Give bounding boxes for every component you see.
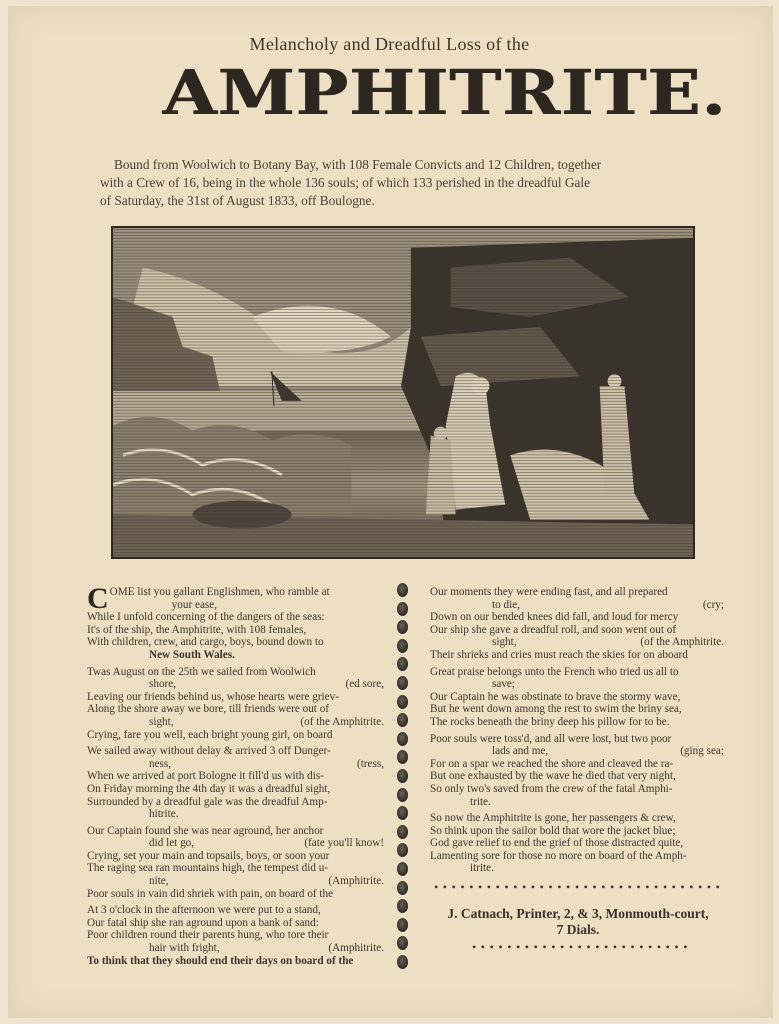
verse-fragment: hair with fright, <box>149 942 220 955</box>
bead-ornament <box>397 602 408 616</box>
verse-line: to die,(cry; <box>430 599 724 612</box>
verse-line: The raging sea ran mountains high, the t… <box>87 862 384 875</box>
verse-line: At 3 o'clock in the afternoon we were pu… <box>87 904 384 917</box>
stanza-5: At 3 o'clock in the afternoon we were pu… <box>87 904 384 967</box>
verse-line: Down on our bended knees did fall, and l… <box>430 611 724 624</box>
verse-line: It's of the ship, the Amphitrite, with 1… <box>87 624 384 637</box>
verse-line: But he went down among the rest to swim … <box>430 703 724 716</box>
verse-line: Leaving our friends behind us, whose hea… <box>87 691 384 704</box>
verse-line: Our fatal ship she ran aground upon a ba… <box>87 917 384 930</box>
verse-fragment: ness, <box>149 758 171 771</box>
verse-line: Crying, set your main and topsails, boys… <box>87 850 384 863</box>
verse-fragment: to die, <box>492 599 520 612</box>
bead-ornament <box>397 713 408 727</box>
ballad-right-column: Our moments they were ending fast, and a… <box>430 586 724 879</box>
subtitle: Bound from Woolwich to Botany Bay, with … <box>100 156 728 210</box>
turnover-fragment: (ging sea; <box>680 745 724 758</box>
verse-line: Along the shore away we bore, till frien… <box>87 703 384 716</box>
verse-line: shore,(ed sore, <box>87 678 384 691</box>
verse-line: But one exhausted by the wave he died th… <box>430 770 724 783</box>
turnover-fragment: (tress, <box>357 758 384 771</box>
bead-ornament <box>397 806 408 820</box>
beaded-column-divider <box>395 583 409 983</box>
bead-ornament <box>397 825 408 839</box>
printer-imprint: J. Catnach, Printer, 2, & 3, Monmouth-co… <box>430 906 726 938</box>
verse-line: nite,(Amphitrite. <box>87 875 384 888</box>
turnover-fragment: (cry; <box>703 599 724 612</box>
verse-fragment: shore, <box>149 678 176 691</box>
bead-ornament <box>397 732 408 746</box>
subtitle-line-1: Bound from Woolwich to Botany Bay, with … <box>100 156 728 174</box>
turnover-fragment: (ed sore, <box>345 678 384 691</box>
woodcut-illustration <box>111 226 695 559</box>
bead-ornament <box>397 639 408 653</box>
verse-line: Their shrieks and cries must reach the s… <box>430 649 724 662</box>
stanza-8: Poor souls were toss'd, and all were los… <box>430 733 724 809</box>
verse-line: Poor souls in vain did shriek with pain,… <box>87 888 384 901</box>
stanza-4: Our Captain found she was near aground, … <box>87 825 384 901</box>
pretitle: Melancholy and Dreadful Loss of the <box>0 34 779 55</box>
verse-line: Our moments they were ending fast, and a… <box>430 586 724 599</box>
bead-ornament <box>397 881 408 895</box>
verse-line: So think upon the sailor bold that wore … <box>430 825 724 838</box>
verse-line: OME list you gallant Englishmen, who ram… <box>110 586 384 599</box>
verse-fragment: did let go, <box>149 837 194 850</box>
verse-line: Lamenting sore for those no more on boar… <box>430 850 724 863</box>
verse-line: Our Captain found she was near aground, … <box>87 825 384 838</box>
ballad-left-column: C OME list you gallant Englishmen, who r… <box>87 586 384 971</box>
bead-ornament <box>397 695 408 709</box>
verse-line: lads and me,(ging sea; <box>430 745 724 758</box>
turnover-fragment: (Amphitrite. <box>328 942 384 955</box>
subtitle-line-3: of Saturday, the 31st of August 1833, of… <box>100 192 728 210</box>
verse-line: So now the Amphitrite is gone, her passe… <box>430 812 724 825</box>
bead-ornament <box>397 843 408 857</box>
verse-line: With children, crew, and cargo, boys, bo… <box>87 636 384 649</box>
verse-fragment: lads and me, <box>492 745 548 758</box>
verse-line: Poor souls were toss'd, and all were los… <box>430 733 724 746</box>
turnover-fragment: (Amphitrite. <box>328 875 384 888</box>
imprint-line-2: 7 Dials. <box>430 922 726 938</box>
bead-ornament <box>397 583 408 597</box>
verse-line: Surrounded by a dreadful gale was the dr… <box>87 796 384 809</box>
bead-ornament <box>397 936 408 950</box>
verse-line: Twas August on the 25th we sailed from W… <box>87 666 384 679</box>
turnover-fragment: (of the Amphitrite. <box>640 636 724 649</box>
bead-ornament <box>397 899 408 913</box>
stanza-1: C OME list you gallant Englishmen, who r… <box>87 586 384 662</box>
turnover-fragment: (of the Amphitrite. <box>300 716 384 729</box>
verse-line: New South Wales. <box>87 649 384 662</box>
bead-ornament <box>397 769 408 783</box>
verse-line: To think that they should end their days… <box>87 955 384 968</box>
dotted-rule-bottom: •••••••••••••••••••••••••••••• <box>472 940 692 955</box>
verse-line: Great praise belongs unto the French who… <box>430 666 724 679</box>
bead-ornament <box>397 657 408 671</box>
stanza-3: We sailed away without delay & arrived 3… <box>87 745 384 821</box>
imprint-line-1: J. Catnach, Printer, 2, & 3, Monmouth-co… <box>430 906 726 922</box>
verse-line: While I unfold concerning of the dangers… <box>87 611 384 624</box>
verse-fragment: sight, <box>492 636 517 649</box>
stanza-9: So now the Amphitrite is gone, her passe… <box>430 812 724 875</box>
verse-line: trite. <box>430 796 724 809</box>
bead-ornament <box>397 955 408 969</box>
bead-ornament <box>397 862 408 876</box>
verse-line: So only two's saved from the crew of the… <box>430 783 724 796</box>
subtitle-line-2: with a Crew of 16, being in the whole 13… <box>100 174 728 192</box>
verse-line: hair with fright,(Amphitrite. <box>87 942 384 955</box>
verse-line: sight,(of the Amphitrite. <box>87 716 384 729</box>
verse-line: On Friday morning the 4th day it was a d… <box>87 783 384 796</box>
verse-line: Our ship she gave a dreadful roll, and s… <box>430 624 724 637</box>
verse-line: When we arrived at port Bologne it fill'… <box>87 770 384 783</box>
main-title: AMPHITRITE. <box>86 58 779 128</box>
stanza-6: Our moments they were ending fast, and a… <box>430 586 724 662</box>
bead-ornament <box>397 676 408 690</box>
verse-line: Crying, fare you well, each bright young… <box>87 729 384 742</box>
stanza-2: Twas August on the 25th we sailed from W… <box>87 666 384 742</box>
verse-line: save; <box>430 678 724 691</box>
bead-ornament <box>397 620 408 634</box>
bead-ornament <box>397 750 408 764</box>
verse-line: did let go,(fate you'll know! <box>87 837 384 850</box>
verse-line: The rocks beneath the briny deep his pil… <box>430 716 724 729</box>
dotted-rule-top: ••••••••••••••••••••••••••••••••••••••• <box>434 880 724 895</box>
bead-ornament <box>397 918 408 932</box>
bead-ornament <box>397 788 408 802</box>
verse-fragment: nite, <box>149 875 169 888</box>
verse-line: ness,(tress, <box>87 758 384 771</box>
verse-line: We sailed away without delay & arrived 3… <box>87 745 384 758</box>
drop-cap: C <box>87 587 109 611</box>
stanza-7: Great praise belongs unto the French who… <box>430 666 724 729</box>
verse-line: Poor children round their parents hung, … <box>87 929 384 942</box>
verse-line: Our Captain he was obstinate to brave th… <box>430 691 724 704</box>
verse-line: hitrite. <box>87 808 384 821</box>
verse-line: itrite. <box>430 862 724 875</box>
verse-fragment: sight, <box>149 716 174 729</box>
verse-line: sight,(of the Amphitrite. <box>430 636 724 649</box>
verse-line: God gave relief to end the grief of thos… <box>430 837 724 850</box>
shipwreck-scene-image <box>113 228 693 557</box>
verse-line: your ease, <box>110 599 384 612</box>
verse-line: For on a spar we reached the shore and c… <box>430 758 724 771</box>
turnover-fragment: (fate you'll know! <box>304 837 384 850</box>
